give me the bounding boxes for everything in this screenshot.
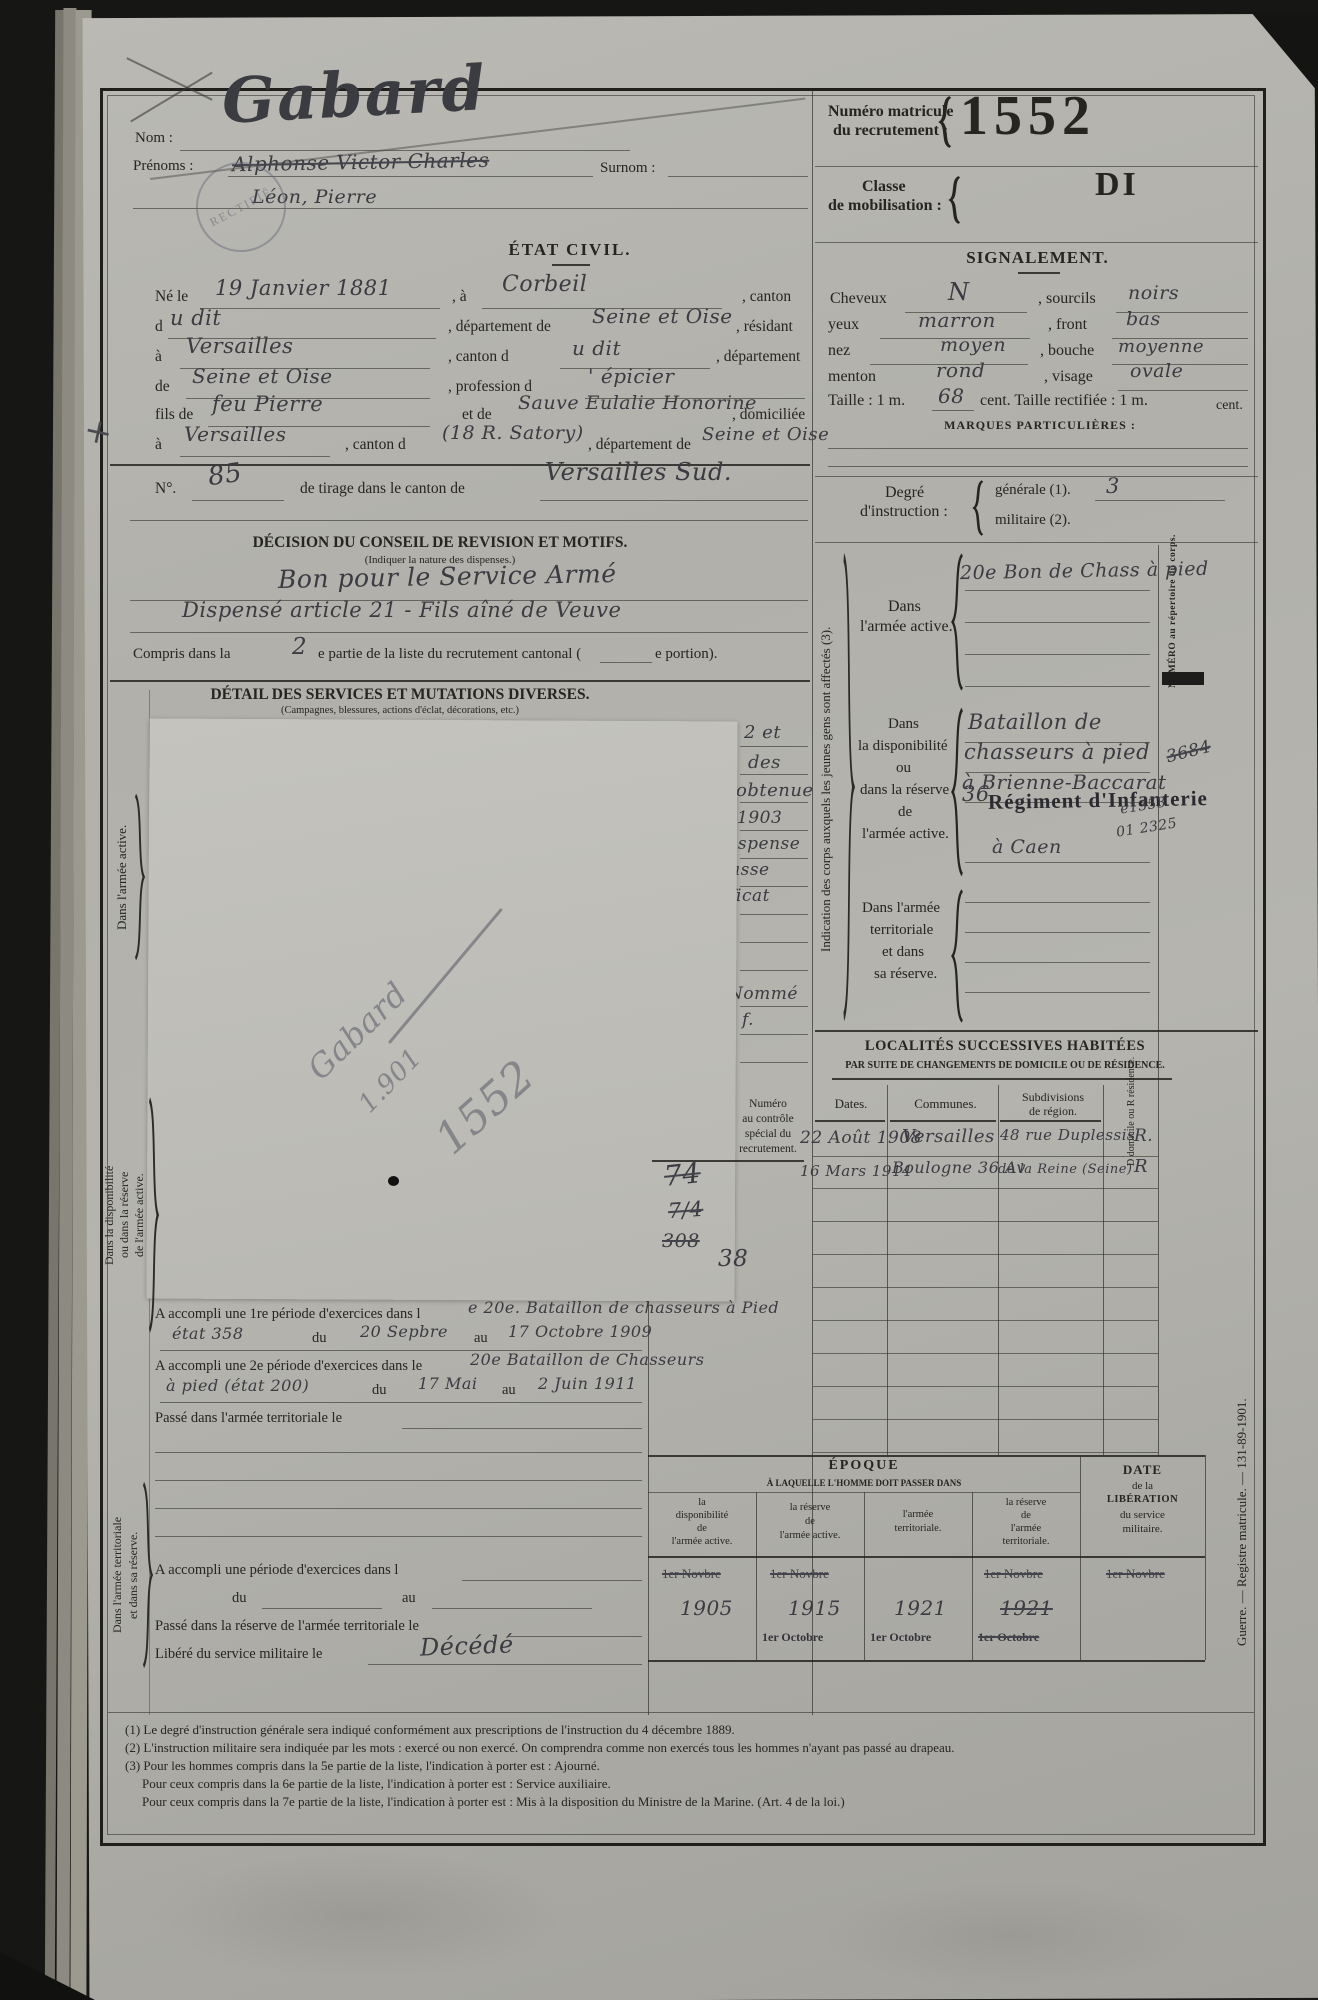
decision-title: DÉCISION DU CONSEIL DE REVISION ET MOTIF…	[170, 534, 710, 552]
form-line	[965, 932, 1150, 933]
epoque-col1: la	[650, 1497, 754, 1508]
epoque-struck-stamp: 1er Novbre	[1106, 1566, 1165, 1582]
controle-label: au contrôle	[713, 1113, 823, 1125]
territoriale-label: et dans	[882, 944, 924, 961]
epoque-col-line	[864, 1492, 865, 1660]
epoque-subtitle: À LAQUELLE L'HOMME DOIT PASSER DANS	[648, 1478, 1080, 1488]
canton-residence-label: , canton d	[448, 348, 509, 366]
epoque-title: ÉPOQUE	[648, 1458, 1080, 1474]
form-line	[740, 886, 808, 887]
nom-value: Gabard	[220, 51, 488, 138]
paper-stain	[820, 1880, 1200, 1990]
departement-domicile-value: Seine et Oise	[702, 424, 829, 445]
date-col-line: militaire.	[1080, 1523, 1205, 1535]
date-col-line: de la	[1080, 1480, 1205, 1492]
footnote: Pour ceux compris dans la 6e partie de l…	[142, 1776, 1250, 1792]
margin-label-disponibilite: de l'armée active.	[132, 1090, 147, 1340]
localites-col-line	[998, 1085, 999, 1455]
au-label: au	[502, 1382, 516, 1399]
header-rule2	[815, 242, 1258, 243]
disponibilite-label: ou	[896, 760, 911, 777]
epoque-year-value: 1905	[680, 1596, 733, 1620]
front-value: bas	[1126, 308, 1161, 330]
residence-value: Versailles	[186, 334, 293, 358]
du-label: du	[232, 1590, 247, 1607]
margin-label-disponibilite: ou dans la réserve	[117, 1090, 132, 1340]
epoque-col4: de	[974, 1510, 1078, 1521]
form-line	[1118, 390, 1248, 391]
services-subtitle: (Campagnes, blessures, actions d'éclat, …	[210, 705, 590, 716]
controle-value: 308	[662, 1230, 700, 1252]
visage-value: ovale	[1130, 360, 1183, 382]
etat-civil-title-rule	[552, 264, 590, 266]
menton-label: menton	[828, 368, 876, 386]
form-line	[965, 862, 1150, 863]
tirage-no-value: 85	[206, 458, 244, 492]
epoque-octobre-stamp: 1er Octobre	[762, 1630, 823, 1645]
form-line	[813, 1221, 1158, 1222]
date-col-title: DATE	[1080, 1462, 1205, 1478]
armee-active-label: Dans	[888, 598, 921, 616]
a-label: , à	[452, 288, 467, 306]
service-fragment: 2 et	[744, 722, 781, 743]
numero-repertoire-box	[1162, 672, 1204, 685]
localites-row-subdivision: de la Reine (Seine)	[998, 1162, 1133, 1177]
form-line	[180, 456, 330, 457]
form-line	[828, 466, 1248, 467]
taille-cent-label: cent.	[1216, 398, 1243, 414]
footnote: (2) L'instruction militaire sera indiqué…	[125, 1740, 1250, 1756]
epoque-struck-stamp: 1er Novbre	[662, 1566, 721, 1582]
signalement-title: SIGNALEMENT.	[955, 248, 1120, 268]
residant-label: , résidant	[736, 318, 793, 336]
disponibilite-label: Dans	[888, 716, 919, 733]
taille-rectifiee-label: cent. Taille rectifiée : 1 m.	[980, 392, 1148, 410]
classe-label: Classe	[862, 178, 906, 196]
localites-title: LOCALITÉS SUCCESSIVES HABITÉES	[835, 1038, 1175, 1055]
epoque-year-value: 1921	[1000, 1596, 1053, 1620]
service-fragment: des	[748, 752, 781, 773]
service-fragment: obtenue	[736, 780, 814, 801]
matricule-label2: du recrutement :	[833, 122, 948, 140]
form-line	[160, 1402, 642, 1403]
form-line	[130, 632, 808, 633]
classe-label2: de mobilisation :	[828, 197, 942, 215]
pere-value: feu Pierre	[212, 392, 323, 416]
form-line	[432, 1608, 592, 1609]
margin-brace	[148, 1095, 160, 1335]
controle-value: 38	[718, 1246, 748, 1272]
compris-label2: e partie de la liste du recrutement cant…	[318, 646, 581, 663]
margin-brace	[142, 1480, 154, 1670]
front-label: , front	[1048, 316, 1087, 334]
epoque-col4: territoriale.	[974, 1536, 1078, 1547]
form-line	[740, 1062, 808, 1063]
form-line	[828, 448, 1248, 449]
territoriale-label: Dans l'armée	[862, 900, 940, 917]
form-line	[200, 308, 440, 309]
controle-label: Numéro	[713, 1098, 823, 1110]
form-line	[965, 992, 1150, 993]
form-line	[965, 902, 1150, 903]
epoque-col1: de	[650, 1523, 754, 1534]
du-label: du	[312, 1330, 327, 1347]
periode1-value: e 20e. Bataillon de chasseurs à Pied	[468, 1298, 779, 1317]
epoque-struck-stamp: 1er Novbre	[984, 1566, 1043, 1582]
periode1-date-fin: 17 Octobre 1909	[508, 1322, 652, 1341]
prenoms-line	[228, 176, 593, 177]
periode1-etat: état 358	[172, 1324, 244, 1343]
surnom-label: Surnom :	[600, 160, 655, 177]
nez-label: nez	[828, 342, 850, 360]
form-line	[813, 1386, 1158, 1387]
prenoms-label: Prénoms :	[133, 158, 193, 175]
epoque-col1: disponibilité	[650, 1510, 754, 1521]
mere-value: Sauve Eulalie Honorine	[518, 392, 757, 414]
date-col-line: LIBÉRATION	[1080, 1494, 1205, 1505]
canton-residence-value: u dit	[572, 336, 621, 360]
armee-active-label2: l'armée active.	[860, 618, 953, 636]
form-line	[740, 970, 808, 971]
section-rule	[130, 520, 808, 521]
departement-label: , département de	[448, 318, 551, 336]
decision-line1: Bon pour le Service Armé	[278, 559, 617, 594]
regiment-infanterie-stamp: Régiment d'Infanterie	[988, 786, 1208, 815]
tirage-no-label: N°.	[155, 480, 176, 498]
epoque-top-rule	[648, 1455, 1205, 1457]
departement-value: Seine et Oise	[592, 304, 733, 328]
footnote: Pour ceux compris dans la 7e partie de l…	[142, 1794, 1250, 1810]
epoque-col4: la réserve	[974, 1497, 1078, 1508]
localites-row-dr: R.	[1134, 1126, 1153, 1146]
date-col-line: du service	[1080, 1509, 1205, 1521]
margin-label-territoriale: Dans l'armée territoriale	[110, 1470, 125, 1680]
lieu-naissance-value: Corbeil	[502, 272, 587, 297]
epoque-col-line	[756, 1492, 757, 1660]
localites-col-dates: Dates.	[815, 1096, 887, 1112]
form-line	[813, 1188, 1158, 1189]
epoque-year-value: 1921	[894, 1596, 947, 1620]
domicile-value: Versailles	[184, 422, 286, 446]
localites-row-commune: Versailles	[902, 1126, 995, 1147]
periode2-date-debut: 17 Mai	[418, 1374, 477, 1393]
epoque-col4: l'armée	[974, 1523, 1078, 1534]
localites-header-rule	[1000, 1120, 1101, 1122]
form-line	[155, 1452, 642, 1453]
form-line	[192, 500, 284, 501]
form-line	[740, 746, 808, 747]
au-label: au	[474, 1330, 488, 1347]
degre-generale-label: générale (1).	[995, 482, 1071, 499]
epoque-col-line	[972, 1492, 973, 1660]
nez-value: moyen	[940, 334, 1006, 356]
bouche-value: moyenne	[1118, 336, 1204, 357]
periode-territoriale-label: A accompli une période d'exercices dans …	[155, 1562, 398, 1579]
disponibilite-label: l'armée active.	[862, 826, 949, 843]
disponibilite-value2: chasseurs à pied	[964, 740, 1150, 764]
signalement-title-rule	[1018, 272, 1060, 274]
epoque-col2: de	[758, 1516, 862, 1527]
sourcils-label: , sourcils	[1038, 290, 1096, 308]
disponibilite-value4: à Caen	[992, 836, 1062, 858]
epoque-octobre-stamp: 1er Octobre	[870, 1630, 931, 1645]
form-line	[740, 802, 808, 803]
localites-header-rule	[815, 1120, 885, 1122]
localites-row-subdivision: 48 rue Duplessis	[1000, 1126, 1135, 1144]
tirage-text: de tirage dans le canton de	[300, 480, 465, 498]
au-label: au	[402, 1590, 416, 1607]
taille-value: 68	[938, 384, 964, 408]
domicilies-label: , domiciliée	[732, 406, 805, 424]
decision-line2: Dispensé article 21 - Fils aîné de Veuve	[182, 598, 621, 622]
territoriale-label: territoriale	[870, 922, 933, 939]
form-line	[740, 858, 808, 859]
passe-territoriale-label: Passé dans l'armée territoriale le	[155, 1410, 342, 1427]
compris-label3: e portion).	[655, 646, 717, 663]
ne-le-label: Né le	[155, 288, 188, 306]
footnote: (1) Le degré d'instruction générale sera…	[125, 1722, 1250, 1738]
footnotes-rule	[108, 1712, 1254, 1713]
form-line	[740, 1006, 808, 1007]
form-line	[262, 1608, 382, 1609]
periode1-date-debut: 20 Sepbre	[360, 1322, 448, 1341]
profession-value: ' épicier	[588, 364, 674, 388]
form-line	[813, 1320, 1158, 1321]
form-line	[740, 774, 808, 775]
canton-value: u dit	[170, 306, 221, 330]
classe-value: DI	[1095, 166, 1139, 204]
epoque-col-line	[1205, 1455, 1206, 1660]
cheveux-label: Cheveux	[830, 290, 887, 308]
departement-residence-label: , département	[716, 348, 800, 366]
localites-col-line	[1158, 1030, 1159, 1455]
disponibilite-label: la disponibilité	[858, 738, 948, 755]
degre-brace	[972, 480, 984, 536]
degre-militaire-label: militaire (2).	[995, 512, 1071, 529]
disponibilite-label: dans la réserve	[860, 782, 949, 799]
canton-label: , canton	[742, 288, 791, 306]
indication-corps-vertical-label: Indication des corps auxquels les jeunes…	[818, 550, 834, 1028]
form-line	[740, 914, 808, 915]
form-line	[508, 1636, 642, 1637]
tirage-canton-value: Versailles Sud.	[545, 458, 732, 486]
armee-active-value: 20e Bon de Chass à pied	[960, 558, 1209, 584]
service-fragment: ispense	[732, 834, 800, 854]
pasted-slip	[146, 718, 737, 1301]
departement2-prefix: de	[155, 378, 170, 396]
matricule-brace	[938, 96, 952, 148]
epoque-col2: l'armée active.	[758, 1530, 862, 1541]
epoque-col3: territoriale.	[866, 1523, 970, 1534]
epoque-year-value: 1915	[788, 1596, 841, 1620]
matricule-label: Numéro matricule	[828, 103, 953, 121]
section-rule	[815, 476, 1258, 477]
libere-label: Libéré du service militaire le	[155, 1646, 322, 1663]
epoque-struck-stamp: 1er Novbre	[770, 1566, 829, 1582]
form-line	[155, 1536, 642, 1537]
punch-hole	[388, 1176, 399, 1186]
menton-value: rond	[936, 358, 985, 382]
residence-prefix: à	[155, 348, 162, 366]
margin-brace	[134, 792, 146, 962]
form-line	[155, 1480, 642, 1481]
bouche-label: , bouche	[1040, 342, 1094, 360]
form-line	[540, 500, 808, 501]
localites-row-dr: R	[1134, 1156, 1148, 1177]
epoque-col3: l'armée	[866, 1509, 970, 1520]
etat-civil-title: ÉTAT CIVIL.	[505, 240, 635, 260]
form-line	[813, 1452, 1158, 1453]
canton-domicile-label: , canton d	[345, 436, 406, 454]
periode1-label: A accompli une 1re période d'exercices d…	[155, 1306, 421, 1323]
form-line	[368, 1664, 642, 1665]
departement2-value: Seine et Oise	[192, 364, 333, 388]
section-rule	[815, 542, 1258, 543]
degre-label: Degré	[885, 484, 924, 502]
ne-le-value: 19 Janvier 1881	[215, 276, 392, 300]
degre-generale-value: 3	[1106, 474, 1120, 498]
surnom-line	[668, 176, 808, 177]
libere-value-decede: Décédé	[420, 1630, 515, 1661]
form-line	[965, 686, 1150, 687]
epoque-col2: la réserve	[758, 1502, 862, 1513]
marques-label: MARQUES PARTICULIÈRES :	[930, 418, 1150, 433]
visage-label: , visage	[1044, 368, 1093, 386]
form-line	[155, 1508, 642, 1509]
localites-col-subdivisions: Subdivisions	[1004, 1090, 1102, 1105]
matricule-value: 1552	[960, 84, 1096, 148]
canton-domicile-value: (18 R. Satory)	[442, 422, 584, 444]
domicile-prefix: à	[155, 436, 162, 454]
form-line	[462, 1580, 642, 1581]
territoriale-label: sa réserve.	[874, 966, 937, 983]
territoriale-brace	[950, 888, 964, 1024]
margin-label-disponibilite: Dans la disponibilité	[102, 1090, 117, 1340]
disponibilite-label: de	[898, 804, 912, 821]
paper-stain	[150, 1850, 570, 1980]
periode2-date-fin: 2 Juin 1911	[538, 1374, 637, 1393]
form-line	[965, 654, 1150, 655]
localites-col-subdivisions2: de région.	[1004, 1104, 1102, 1119]
form-line	[1095, 500, 1225, 501]
form-line	[740, 942, 808, 943]
form-line	[740, 830, 808, 831]
epoque-subhead-rule	[648, 1556, 1205, 1558]
margin-label-territoriale: et dans sa réserve.	[126, 1470, 141, 1680]
du-label: du	[372, 1382, 387, 1399]
form-line	[965, 590, 1150, 591]
guerre-registre-vertical-label: Guerre. — Registre matricule. — 131-89-1…	[1234, 1350, 1250, 1695]
localites-col-communes: Communes.	[893, 1096, 998, 1112]
epoque-bottom-rule	[648, 1660, 1205, 1662]
form-line	[402, 1428, 642, 1429]
yeux-value: marron	[918, 308, 996, 332]
service-fragment: Nommé	[728, 984, 798, 1004]
epoque-octobre-stamp: 1er Octobre	[978, 1630, 1039, 1645]
footnote: (3) Pour les hommes compris dans la 5e p…	[125, 1758, 1250, 1774]
controle-value: 7/4	[667, 1197, 704, 1223]
disponibilite-value1: Bataillon de	[968, 710, 1102, 734]
canton-prefix: d	[155, 318, 163, 336]
services-title: DÉTAIL DES SERVICES ET MUTATIONS DIVERSE…	[165, 686, 635, 704]
form-line	[813, 1156, 1158, 1157]
departement-domicile-label: , département de	[588, 436, 691, 454]
nom-label: Nom :	[135, 130, 173, 147]
periode2-etat: à pied (état 200)	[166, 1376, 309, 1395]
service-fragment: f.	[742, 1010, 754, 1030]
taille-label: Taille : 1 m.	[828, 392, 905, 410]
epoque-col1: l'armée active.	[650, 1536, 754, 1547]
form-line	[813, 1419, 1158, 1420]
form-line	[813, 1287, 1158, 1288]
indication-brace	[842, 548, 856, 1026]
regiment-stamp-number: 36	[962, 782, 990, 806]
margin-label-armee-active: Dans l'armée active.	[114, 795, 130, 960]
form-line	[813, 1353, 1158, 1354]
localites-header-rule	[890, 1120, 996, 1122]
section-rule	[110, 680, 810, 682]
form-line	[740, 1034, 808, 1035]
yeux-label: yeux	[828, 316, 859, 334]
header-rule	[815, 166, 1258, 167]
form-line	[965, 622, 1150, 623]
passe-reserve-label: Passé dans la réserve de l'armée territo…	[155, 1618, 419, 1635]
classe-brace	[948, 176, 961, 224]
cheveux-value: N	[948, 278, 970, 306]
form-line	[600, 662, 652, 663]
scanned-register-page: Nom : Gabard Prénoms : Alphonse Victor C…	[0, 0, 1318, 2000]
form-line	[965, 962, 1150, 963]
degre-label2: d'instruction :	[860, 503, 948, 521]
periode2-label: A accompli une 2e période d'exercices da…	[155, 1358, 422, 1375]
rectifie-stamp-text: RECTIFIÉ	[207, 184, 275, 229]
sourcils-value: noirs	[1128, 282, 1179, 304]
section-rule	[815, 1030, 1258, 1032]
localites-rule	[832, 1078, 1172, 1080]
compris-value: 2	[292, 634, 307, 660]
controle-value: 74	[662, 1156, 702, 1193]
periode2-value: 20e Bataillon de Chasseurs	[470, 1350, 705, 1369]
form-line	[813, 1254, 1158, 1255]
compris-label: Compris dans la	[133, 646, 231, 663]
service-fragment: 1903	[737, 808, 782, 828]
form-line	[932, 410, 974, 411]
